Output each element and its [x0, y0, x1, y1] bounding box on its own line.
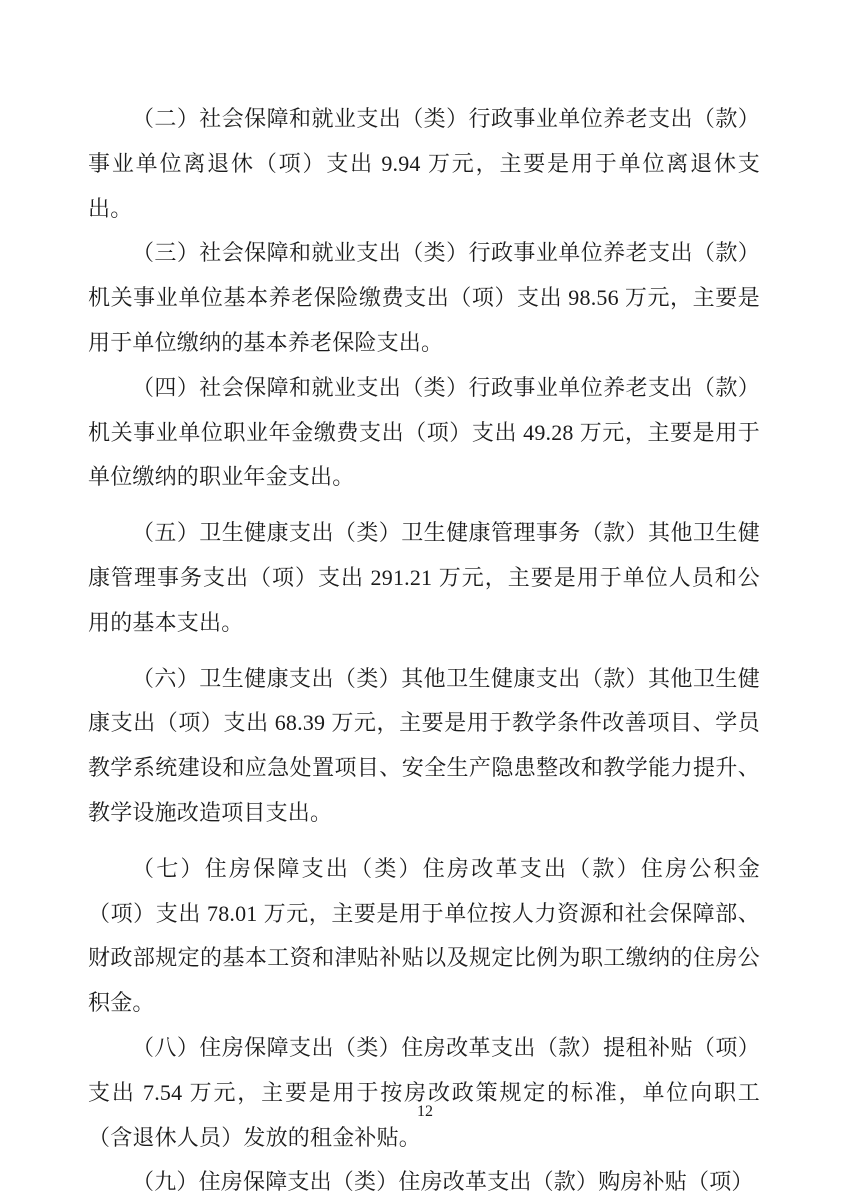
paragraph-item-8: （八）住房保障支出（类）住房改革支出（款）提租补贴（项）支出 7.54 万元，主… [88, 1026, 760, 1160]
page-number: 12 [0, 1101, 850, 1123]
paragraph-item-6: （六）卫生健康支出（类）其他卫生健康支出（款）其他卫生健康支出（项）支出 68.… [88, 657, 760, 836]
paragraph-item-5: （五）卫生健康支出（类）卫生健康管理事务（款）其他卫生健康管理事务支出（项）支出… [88, 511, 760, 645]
paragraph-item-2: （二）社会保障和就业支出（类）行政事业单位养老支出（款）事业单位离退休（项）支出… [88, 97, 760, 231]
document-body: （二）社会保障和就业支出（类）行政事业单位养老支出（款）事业单位离退休（项）支出… [88, 97, 760, 1202]
paragraph-item-3: （三）社会保障和就业支出（类）行政事业单位养老支出（款）机关事业单位基本养老保险… [88, 231, 760, 365]
document-page: （二）社会保障和就业支出（类）行政事业单位养老支出（款）事业单位离退休（项）支出… [0, 0, 850, 1202]
paragraph-item-7: （七）住房保障支出（类）住房改革支出（款）住房公积金（项）支出 78.01 万元… [88, 847, 760, 1026]
paragraph-item-9: （九）住房保障支出（类）住房改革支出（款）购房补贴（项） [88, 1160, 760, 1202]
paragraph-item-4: （四）社会保障和就业支出（类）行政事业单位养老支出（款）机关事业单位职业年金缴费… [88, 366, 760, 500]
